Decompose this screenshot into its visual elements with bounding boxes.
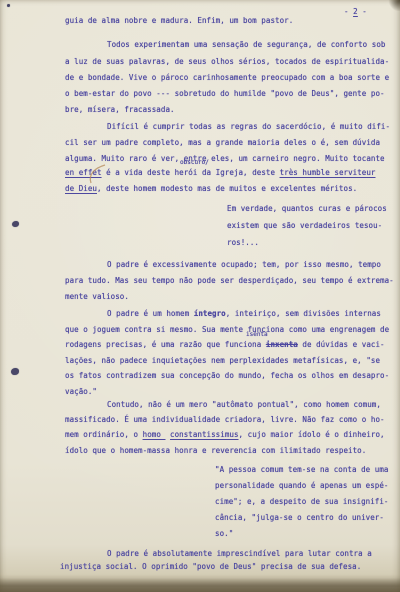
text-line: o bem-estar do povo --- sobretudo do hum… (65, 89, 385, 98)
quote-line: so." (215, 529, 233, 538)
text-line: Difícil é cumprir todas as regras do sac… (107, 122, 390, 131)
text-line: alguma. Muito raro é ver, entre eles, um… (65, 154, 385, 163)
quote-line: ros!... (227, 238, 259, 247)
text-line: de Dieu, deste homem modesto mas de muit… (65, 184, 357, 193)
corner-shadow (388, 0, 400, 11)
quote-line: cime"; e, a despeito de sua insignifi- (215, 497, 388, 506)
quote-line: "A pessoa comum tem-se na conta de uma (215, 465, 388, 474)
text-line: ídolo que o homem-massa honra e reverenc… (65, 446, 366, 455)
text-line: Todos experimentam uma sensação de segur… (107, 40, 386, 49)
text-line: mem ordinário, o homo constantissimus, c… (65, 430, 385, 439)
text-line: Contudo, não é um mero "autômato pontual… (107, 400, 381, 409)
text-line: en effet é a vida deste herói da Igreja,… (65, 168, 375, 177)
text-line: massificado. É uma individualidade criad… (65, 415, 385, 424)
text-line: os fatos contradizem sua concepção do mu… (65, 371, 389, 380)
text-line: que o joguem contra si mesmo. Sua mente … (65, 325, 389, 334)
inserted-word: obscuro/ (180, 159, 209, 166)
text-line: vação." (65, 387, 97, 396)
ink-blob (12, 221, 19, 227)
text-line: cil ser um padre completo, mas a grande … (65, 138, 380, 147)
document-page: - 2 -guia de alma nobre e madura. Enfim,… (0, 0, 400, 592)
quote-line: existem que são verdadeiros tesou- (227, 221, 382, 230)
quote-line: personalidade quando é apenas um espé- (215, 481, 388, 490)
text-line: lações, não padece inquietações nem perp… (65, 356, 380, 365)
inserted-word: isenta (246, 331, 268, 338)
quote-line: cância, "julga-se o centro do univer- (215, 513, 384, 522)
text-line: guia de alma nobre e madura. Enfim, um b… (65, 16, 293, 25)
text-line: de e bondade. Vive o pároco carinhosamen… (65, 73, 389, 82)
text-line: mente valioso. (65, 292, 129, 301)
text-line: bre, mísera, fracassada. (65, 105, 175, 114)
text-line: O padre é absolutamente imprescindível p… (107, 549, 372, 558)
ink-blob (11, 368, 19, 375)
ink-speck (7, 4, 10, 7)
page-number: - 2 - (344, 7, 367, 16)
text-line: injustiça social. O oprimido "povo de De… (60, 562, 361, 571)
quote-line: Em verdade, quantos curas e párocos (227, 204, 387, 213)
text-line: para tudo. Mas seu tempo não pode ser de… (65, 276, 394, 285)
text-line: O padre é um homem íntegro, inteiriço, s… (107, 309, 381, 318)
text-line: a luz de suas palavras, de seus olhos sé… (65, 57, 389, 66)
text-line: O padre é excessivamente ocupado; tem, p… (107, 260, 381, 269)
text-line: rodagens precisas, é uma razão que funci… (65, 340, 385, 349)
